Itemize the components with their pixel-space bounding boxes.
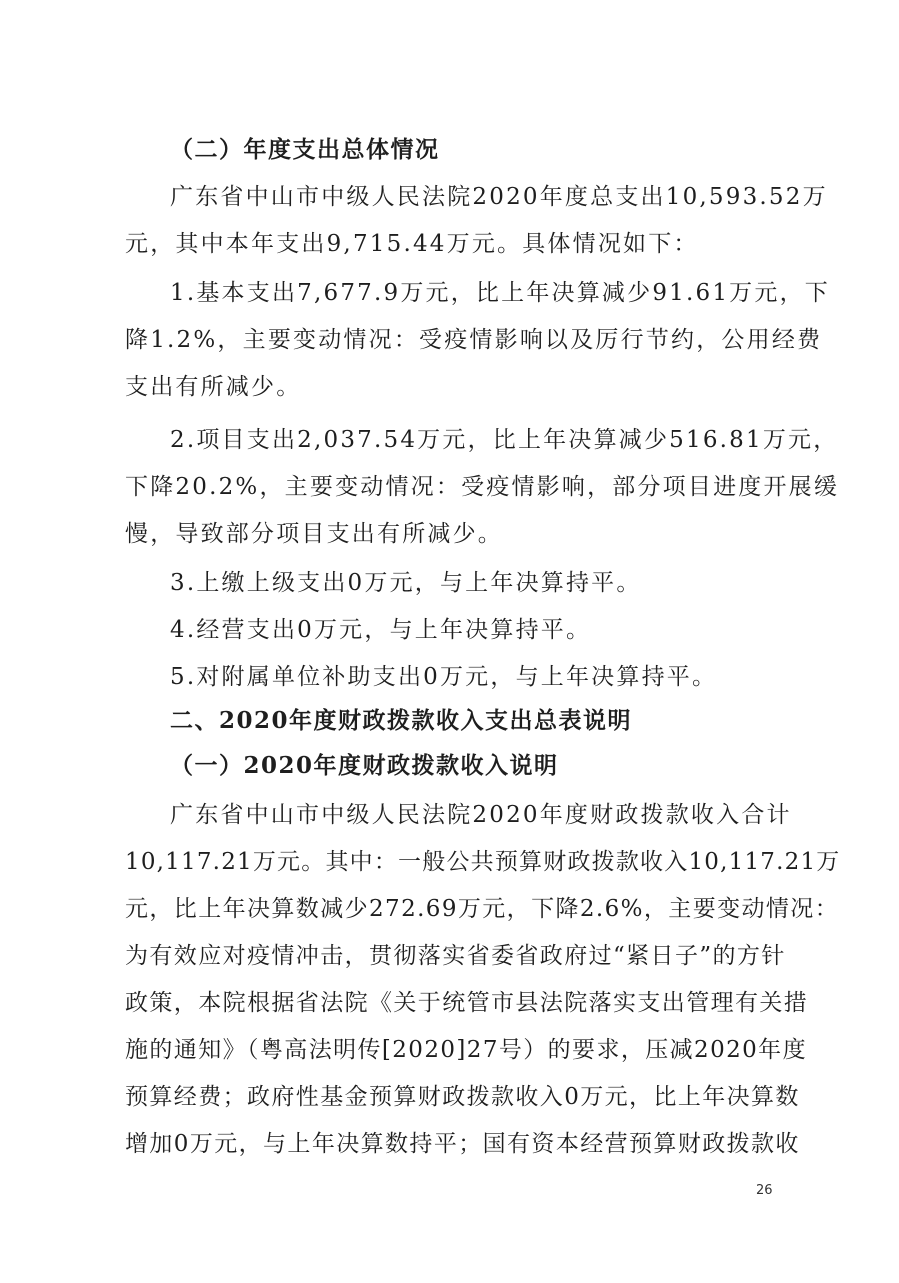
paragraph-line: 下降20.2%，主要变动情况：受疫情影响，部分项目进度开展缓 bbox=[125, 472, 785, 502]
subsection-heading-appropriation-income: （一）2020年度财政拨款收入说明 bbox=[170, 751, 830, 781]
list-item-line: 3.上缴上级支出0万元，与上年决算持平。 bbox=[170, 568, 830, 598]
paragraph-line: 1.基本支出7,677.9万元，比上年决算减少91.61万元，下 bbox=[170, 278, 830, 308]
document-page: （二）年度支出总体情况 广东省中山市中级人民法院2020年度总支出10,593.… bbox=[0, 0, 899, 1283]
paragraph-line: 支出有所减少。 bbox=[125, 372, 785, 402]
page-number: 26 bbox=[756, 1183, 773, 1198]
paragraph-line: 施的通知》（粤高法明传[2020]27号）的要求，压减2020年度 bbox=[125, 1035, 785, 1065]
paragraph-line: 为有效应对疫情冲击，贯彻落实省委省政府过“紧日子”的方针 bbox=[125, 941, 785, 971]
list-item-line: 4.经营支出0万元，与上年决算持平。 bbox=[170, 615, 830, 645]
list-item-line: 5.对附属单位补助支出0万元，与上年决算持平。 bbox=[170, 662, 830, 692]
paragraph-line: 广东省中山市中级人民法院2020年度总支出10,593.52万 bbox=[170, 182, 782, 212]
paragraph-line: 广东省中山市中级人民法院2020年度财政拨款收入合计 bbox=[170, 800, 830, 830]
paragraph-line: 增加0万元，与上年决算数持平；国有资本经营预算财政拨款收 bbox=[125, 1129, 785, 1159]
paragraph-line: 元，比上年决算数减少272.69万元，下降2.6%，主要变动情况： bbox=[125, 894, 785, 924]
section-heading-annual-expenditure: （二）年度支出总体情况 bbox=[170, 135, 830, 165]
section-heading-fiscal-appropriation: 二、2020年度财政拨款收入支出总表说明 bbox=[170, 706, 830, 736]
paragraph-line: 元，其中本年支出9,715.44万元。具体情况如下： bbox=[125, 229, 785, 259]
paragraph-line: 2.项目支出2,037.54万元，比上年决算减少516.81万元， bbox=[170, 425, 830, 455]
paragraph-line: 政策，本院根据省法院《关于统管市县法院落实支出管理有关措 bbox=[125, 988, 785, 1018]
paragraph-line: 10,117.21万元。其中：一般公共预算财政拨款收入10,117.21万 bbox=[125, 847, 785, 877]
paragraph-line: 慢，导致部分项目支出有所减少。 bbox=[125, 519, 785, 549]
paragraph-line: 降1.2%，主要变动情况：受疫情影响以及厉行节约，公用经费 bbox=[125, 325, 785, 355]
paragraph-line: 预算经费；政府性基金预算财政拨款收入0万元，比上年决算数 bbox=[125, 1082, 785, 1112]
